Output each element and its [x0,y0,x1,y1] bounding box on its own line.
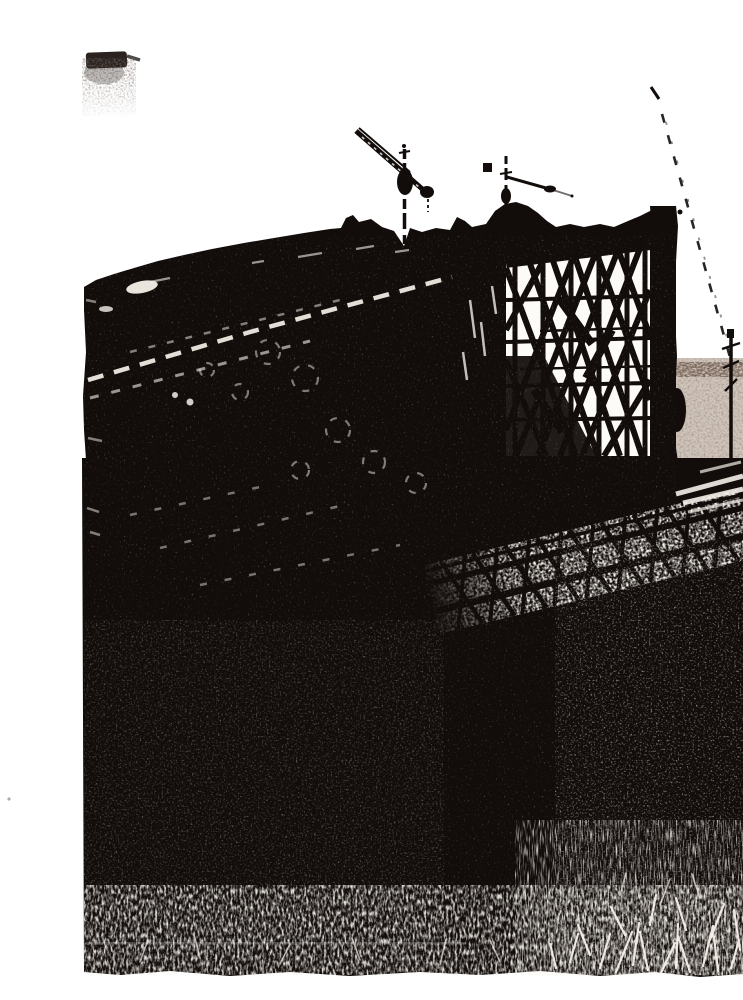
left-crane-mast-tick [399,151,410,153]
right-crane-flag [483,163,492,172]
right-crane-mast-tick [500,172,512,174]
end-column-knob-1 [656,213,674,231]
bottom-paper-margin [0,977,743,1000]
face-fleck-2 [187,399,194,406]
right-crane [483,156,574,212]
silhouette-speck [678,210,683,215]
right-crane-jib-line [553,190,572,196]
scanner-line-artifact [86,942,466,945]
right-crane-base-blob [501,188,511,204]
grass-strands [515,820,743,976]
photo [0,0,743,1000]
right-crane-jib-dot [571,195,574,198]
deck-white-patch-small [99,306,113,312]
toner-smudge-grain [82,58,136,116]
photocopy-page [0,0,743,1000]
right-crane-boom-tip [544,186,556,193]
distant-crane-cab [727,329,734,338]
margin-speck [7,797,10,800]
toner-smudge [82,51,140,116]
cable-dash-top [651,87,659,99]
face-fleck-1 [172,392,178,398]
left-crane-mast-top [402,144,406,148]
left-crane-boom-tip [420,186,434,198]
left-paper-margin [0,0,81,1000]
left-crane-boom-edge [359,128,410,172]
